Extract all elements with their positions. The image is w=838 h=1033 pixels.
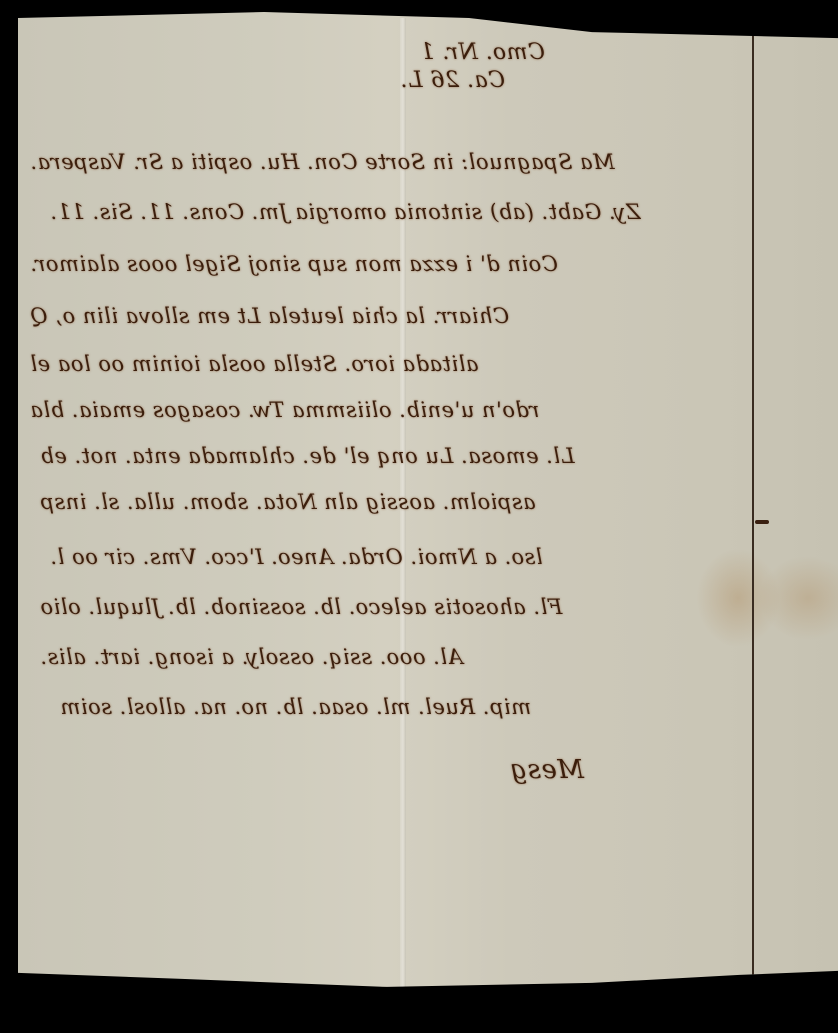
text-line: aspiolm. aossig aln Nota. sbom. ulla. sl… <box>40 490 536 514</box>
text-line: alitada ioro. Stella oosla ioinim oo loa… <box>30 352 479 376</box>
text-line: lso. a Nmoi. Orda. Aneo. I'cco. Vms. cir… <box>50 545 543 569</box>
text-line: Ma Spagnuol: in Sorte Con. Hu. ospiti a … <box>30 150 615 174</box>
text-line: Zy. Gabt. (ab) sintonia omorgia Jm. Cons… <box>50 200 640 224</box>
text-line: mip. Ruel. ml. osaa. lb. no. na. allosl.… <box>60 695 531 719</box>
text-line: Ll. emosa. Lu onq el' de. chlamada enta.… <box>40 444 575 468</box>
text-line: Fl. ahosotis aeleco. lb. sossinob. lb. J… <box>40 595 562 619</box>
text-line: Al. ooo. ssiq. ossoly. a isong. iart. al… <box>40 645 463 669</box>
handwritten-text: Cmo. Nr. 1 Ca. 26 L. Ma Spagnuol: in Sor… <box>0 0 838 1033</box>
text-line: rdo'n u'enib. oliismma Tw. cosagos emaia… <box>30 398 539 422</box>
header-annotation-line-1: Ca. 26 L. <box>400 68 505 93</box>
header-annotation-line-2: Cmo. Nr. 1 <box>420 40 545 65</box>
signature: Mesg <box>510 755 584 785</box>
text-line: Coin d' i ezza mon sup sinoj Sigel ooos … <box>30 252 558 276</box>
text-line: Chiarr. la chia leutela Lt em sllova ili… <box>30 304 509 328</box>
